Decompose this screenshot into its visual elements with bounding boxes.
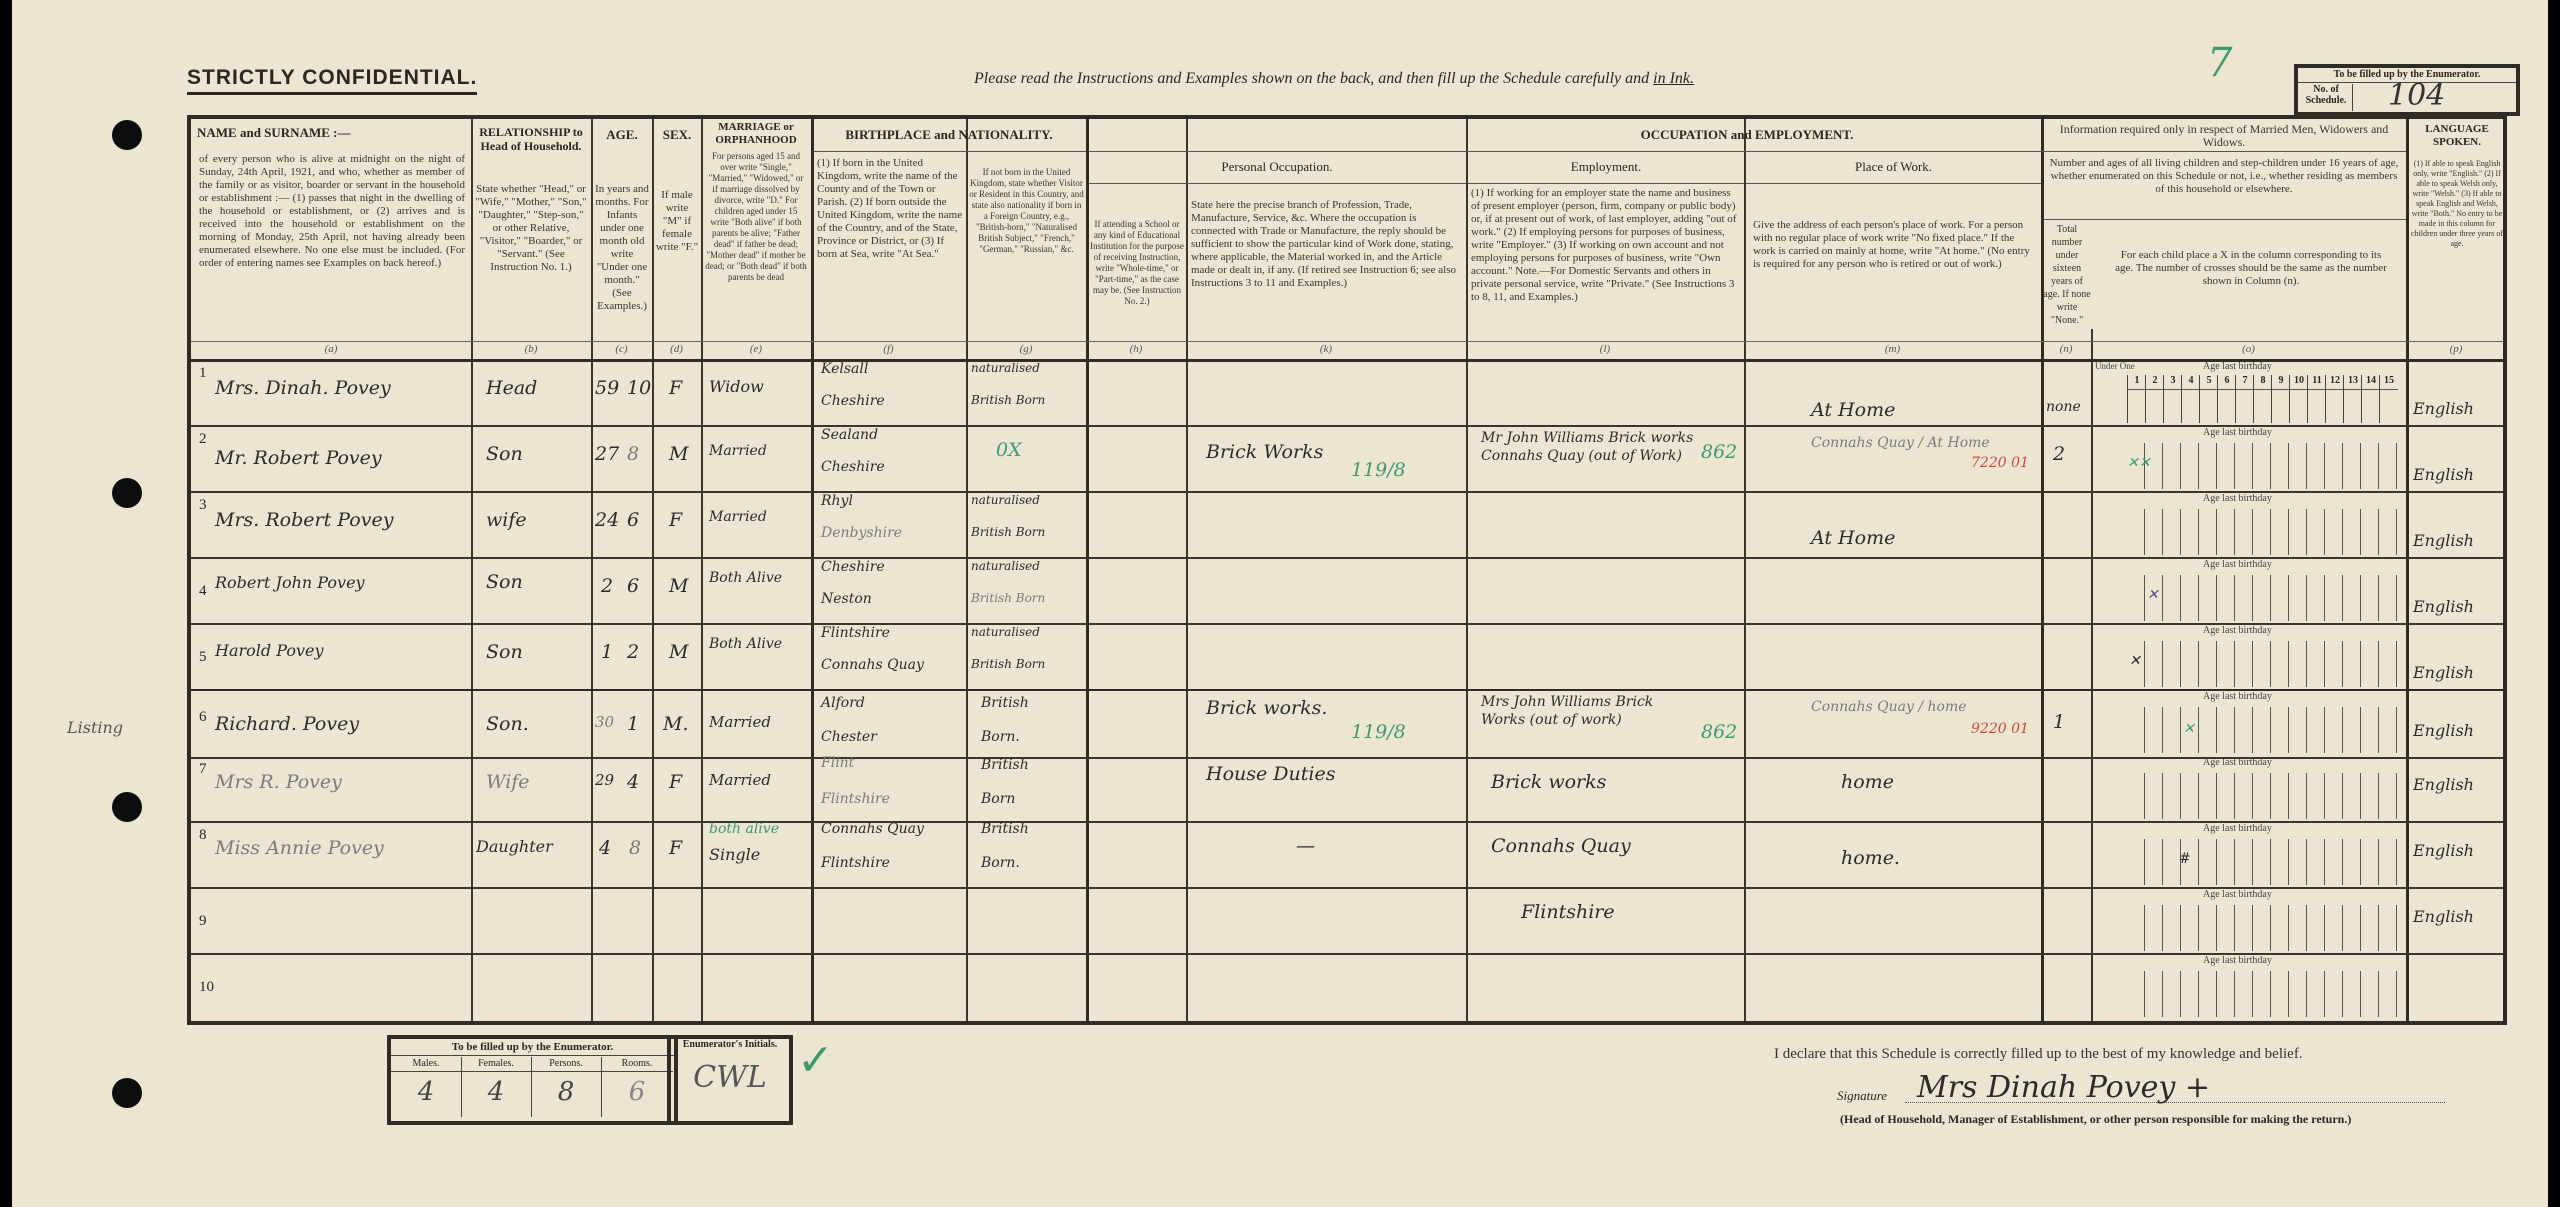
language: English bbox=[2413, 841, 2474, 860]
age-years: 4 bbox=[599, 837, 611, 859]
row-number: 7 bbox=[199, 761, 207, 778]
column-letter-n: (n) bbox=[2041, 343, 2091, 355]
age-years: 27 bbox=[595, 443, 619, 465]
person-name: Richard. Povey bbox=[215, 713, 359, 735]
row-number: 5 bbox=[199, 649, 207, 666]
age-years: 1 bbox=[601, 641, 613, 663]
declaration-text: I declare that this Schedule is correctl… bbox=[1774, 1046, 2303, 1063]
relationship: Son bbox=[486, 443, 523, 465]
females-count: 4 bbox=[461, 1072, 531, 1112]
age-grid: Age last birthday# bbox=[2093, 823, 2405, 885]
instruction-text: Please read the Instructions and Example… bbox=[974, 70, 1649, 87]
occupation: — bbox=[1296, 835, 1315, 857]
age-months: 1 bbox=[627, 713, 639, 735]
column-letter-c: (c) bbox=[591, 343, 652, 355]
person-name: Mrs R. Povey bbox=[215, 771, 342, 793]
header-personal-occupation: Personal Occupation. bbox=[1088, 159, 1466, 175]
age-13: 13 bbox=[2344, 375, 2362, 390]
census-schedule-page: STRICTLY CONFIDENTIAL. Please read the I… bbox=[12, 0, 2548, 1207]
occupation: Brick Works bbox=[1206, 441, 1323, 463]
language: English bbox=[2413, 775, 2474, 794]
age-grid-caption: Age last birthday bbox=[2203, 493, 2272, 504]
age-months: 8 bbox=[627, 443, 639, 465]
nationality: naturalised bbox=[971, 493, 1040, 507]
sex: M. bbox=[663, 713, 689, 735]
age-grid-caption: Age last birthday bbox=[2203, 757, 2272, 768]
rule bbox=[2043, 219, 2406, 220]
males-label: Males. bbox=[391, 1057, 461, 1072]
header-relationship-title: RELATIONSHIP to Head of Household. bbox=[473, 125, 589, 153]
nationality: British bbox=[981, 821, 1029, 837]
employer: Mrs John Williams Brick Works (out of wo… bbox=[1481, 693, 1701, 729]
sex: M bbox=[669, 443, 688, 465]
age-8: 8 bbox=[2254, 375, 2272, 390]
relationship: Head bbox=[486, 377, 537, 399]
age-2: 2 bbox=[2146, 375, 2164, 390]
column-letter-k: (k) bbox=[1186, 343, 1466, 355]
language: English bbox=[2413, 907, 2474, 926]
age-grid-under-one: Under One bbox=[2095, 361, 2135, 371]
birthplace-county: Flintshire bbox=[821, 855, 890, 871]
child-cross-mark: ✕ bbox=[2147, 587, 2159, 603]
age-4: 4 bbox=[2182, 375, 2200, 390]
header-sex-body: If male write "M" if female write "F." bbox=[655, 189, 699, 254]
header-children-sub: Number and ages of all living children a… bbox=[2047, 157, 2401, 196]
signature-value: Mrs Dinah Povey + bbox=[1917, 1070, 2210, 1105]
age-5: 5 bbox=[2200, 375, 2218, 390]
rule bbox=[2043, 151, 2406, 152]
row-number: 6 bbox=[199, 709, 207, 726]
males-count: 4 bbox=[391, 1072, 461, 1112]
birthplace-town: Flintshire bbox=[821, 625, 890, 641]
age-grid-caption: Age last birthday bbox=[2203, 889, 2272, 900]
column-letter-a: (a) bbox=[191, 343, 471, 355]
nationality: naturalised bbox=[971, 361, 1040, 375]
header-language-body: (1) If able to speak English only, write… bbox=[2409, 159, 2505, 249]
header-children-title: Information required only in respect of … bbox=[2045, 123, 2403, 149]
occupation: Brick works. bbox=[1206, 697, 1327, 719]
header-language-title: LANGUAGE SPOKEN. bbox=[2408, 123, 2506, 149]
header-child-ages-body: For each child place a X in the column c… bbox=[2111, 249, 2391, 288]
language: English bbox=[2413, 465, 2474, 484]
punch-hole bbox=[112, 1078, 142, 1108]
instruction-emphasis: in Ink. bbox=[1653, 70, 1694, 87]
punch-hole bbox=[112, 792, 142, 822]
header-birthplace-body: (1) If born in the United Kingdom, write… bbox=[817, 157, 963, 261]
age-10: 10 bbox=[2290, 375, 2308, 390]
birthplace-town: Kelsall bbox=[821, 361, 868, 377]
age-grid-caption: Age last birthday bbox=[2203, 823, 2272, 834]
header-age-title: AGE. bbox=[593, 127, 651, 143]
header-school-body: If attending a School or any kind of Edu… bbox=[1089, 219, 1185, 307]
initials-value: CWL bbox=[671, 1060, 789, 1095]
header-birthplace-title: BIRTHPLACE and NATIONALITY. bbox=[813, 127, 1085, 143]
header-name-body: of every person who is alive at midnight… bbox=[199, 153, 465, 270]
employment-code: 862 bbox=[1701, 441, 1737, 463]
header-place-of-work-title: Place of Work. bbox=[1746, 159, 2041, 175]
children-total: 2 bbox=[2053, 443, 2065, 465]
row-number: 1 bbox=[199, 365, 207, 382]
occupation: House Duties bbox=[1206, 759, 1366, 789]
rooms-count: 6 bbox=[601, 1072, 673, 1112]
header-nationality-body: If not born in the United Kingdom, state… bbox=[969, 167, 1084, 255]
relationship: Daughter bbox=[476, 837, 553, 856]
row-number: 8 bbox=[199, 827, 207, 844]
age-months: 6 bbox=[627, 575, 639, 597]
person-name: Mrs. Robert Povey bbox=[215, 509, 393, 531]
schedule-number-box: To be filled up by the Enumerator. No. o… bbox=[2294, 64, 2520, 116]
age-months: 8 bbox=[629, 837, 641, 859]
nationality-code: 0X bbox=[996, 439, 1022, 461]
person-name: Robert John Povey bbox=[215, 573, 365, 592]
header-age-body: In years and months. For Infants under o… bbox=[595, 183, 649, 313]
schedule-table: NAME and SURNAME :— of every person who … bbox=[187, 115, 2507, 1025]
age-years: 59 bbox=[595, 377, 619, 399]
age-grid-caption: Age last birthday bbox=[2203, 625, 2272, 636]
signature-label: Signature bbox=[1837, 1088, 1887, 1104]
child-cross-mark: # bbox=[2179, 851, 2191, 867]
females-label: Females. bbox=[461, 1057, 531, 1072]
header-occupation-body: State here the precise branch of Profess… bbox=[1191, 199, 1463, 290]
header-marriage-body: For persons aged 15 and over write "Sing… bbox=[705, 151, 807, 283]
row-number: 4 bbox=[199, 583, 207, 600]
age-years: 30 bbox=[595, 713, 614, 731]
place-of-work: home. bbox=[1841, 847, 1900, 869]
age-months: 2 bbox=[627, 641, 639, 663]
nationality: Born. bbox=[981, 855, 1020, 871]
relationship: Son bbox=[486, 571, 523, 593]
punch-hole bbox=[112, 120, 142, 150]
age-years: 29 bbox=[595, 771, 614, 789]
marital-status: Married bbox=[709, 509, 767, 525]
header-sex-title: SEX. bbox=[654, 127, 700, 143]
enumerator-count-box: To be filled up by the Enumerator. Males… bbox=[387, 1035, 678, 1125]
green-check-icon: ✓ bbox=[797, 1035, 834, 1086]
language: English bbox=[2413, 721, 2474, 740]
age-11: 11 bbox=[2308, 375, 2326, 390]
age-grid-caption: Age last birthday bbox=[2203, 427, 2272, 438]
child-cross-mark: ✕ bbox=[2129, 653, 2141, 669]
children-total: none bbox=[2046, 399, 2081, 415]
age-grid-caption: Age last birthday bbox=[2203, 559, 2272, 570]
row-number: 10 bbox=[199, 979, 214, 996]
place-of-work: Connahs Quay / At Home bbox=[1811, 435, 1990, 451]
place-code: 9220 01 bbox=[1971, 721, 2029, 737]
marital-status: Both Alive bbox=[709, 567, 789, 589]
sex: F bbox=[669, 509, 682, 531]
place-code: 7220 01 bbox=[1971, 455, 2029, 471]
employer: Flintshire bbox=[1521, 901, 1615, 923]
sex: M bbox=[669, 641, 688, 663]
employment-code: 862 bbox=[1701, 721, 1737, 743]
age-grid-caption: Age last birthday bbox=[2203, 955, 2272, 966]
age-9: 9 bbox=[2272, 375, 2290, 390]
marital-status: Both Alive bbox=[709, 633, 789, 655]
persons-count: 8 bbox=[531, 1072, 601, 1112]
column-letter-h: (h) bbox=[1086, 343, 1186, 355]
marital-status: Married bbox=[709, 771, 771, 789]
green-tick-mark: 7 bbox=[2207, 40, 2232, 86]
sex: F bbox=[669, 837, 682, 859]
age-grid: Age last birthday✕ bbox=[2093, 691, 2405, 753]
rule bbox=[1468, 183, 1744, 184]
marital-status: Married bbox=[709, 443, 767, 459]
column-letter-g: (g) bbox=[966, 343, 1086, 355]
nationality: British Born bbox=[971, 657, 1045, 671]
schedule-number: 104 bbox=[2388, 78, 2445, 113]
header-band: NAME and SURNAME :— of every person who … bbox=[191, 119, 2503, 362]
birthplace-town: Cheshire bbox=[821, 559, 885, 575]
age-years: 2 bbox=[601, 575, 613, 597]
initials-title: Enumerator's Initials. bbox=[671, 1039, 789, 1050]
age-7: 7 bbox=[2236, 375, 2254, 390]
header-marriage-title: MARRIAGE or ORPHANHOOD bbox=[703, 121, 809, 147]
birthplace-county: Flintshire bbox=[821, 791, 890, 807]
occupation-code: 119/8 bbox=[1351, 459, 1406, 481]
nationality: naturalised bbox=[971, 559, 1040, 573]
child-cross-mark: ✕ bbox=[2183, 721, 2195, 737]
age-15: 15 bbox=[2380, 375, 2398, 390]
row-number: 9 bbox=[199, 913, 207, 930]
age-grid-caption: Age last birthday bbox=[2203, 361, 2272, 372]
header-employment-title: Employment. bbox=[1468, 159, 1744, 175]
signature-note: (Head of Household, Manager of Establish… bbox=[1840, 1112, 2351, 1127]
language: English bbox=[2413, 399, 2474, 418]
age-grid: Age last birthday✕ bbox=[2093, 559, 2405, 621]
header-relationship-body: State whether "Head," or "Wife," "Mother… bbox=[475, 183, 587, 274]
marital-status: Widow bbox=[709, 377, 764, 396]
instruction-line: Please read the Instructions and Example… bbox=[974, 70, 1694, 88]
column-letter-e: (e) bbox=[701, 343, 811, 355]
document-title: STRICTLY CONFIDENTIAL. bbox=[187, 66, 477, 95]
rule bbox=[1088, 183, 1466, 184]
header-name-title: NAME and SURNAME :— bbox=[197, 125, 467, 141]
column-letter-l: (l) bbox=[1466, 343, 1744, 355]
age-years: 24 bbox=[595, 509, 619, 531]
birthplace-town: Connahs Quay bbox=[821, 821, 924, 837]
rule bbox=[1746, 183, 2041, 184]
age-14: 14 bbox=[2362, 375, 2380, 390]
header-place-of-work-body: Give the address of each person's place … bbox=[1753, 219, 2037, 271]
rule bbox=[813, 151, 1086, 152]
row-number: 2 bbox=[199, 431, 207, 448]
place-of-work: At Home bbox=[1811, 527, 1895, 549]
marital-status: Married bbox=[709, 713, 771, 731]
column-letter-f: (f) bbox=[811, 343, 966, 355]
age-3: 3 bbox=[2164, 375, 2182, 390]
place-of-work: Connahs Quay / home bbox=[1811, 699, 1967, 715]
birthplace-county: Denbyshire bbox=[821, 525, 902, 541]
age-grid: Under One Age last birthday 1 2 3 4 5 6 … bbox=[2093, 361, 2405, 423]
person-name: Miss Annie Povey bbox=[215, 837, 384, 859]
nationality: Born bbox=[981, 791, 1015, 807]
punch-hole bbox=[112, 478, 142, 508]
sex: M bbox=[669, 575, 688, 597]
relationship: wife bbox=[486, 509, 527, 531]
age-months: 4 bbox=[627, 771, 639, 793]
relationship: Son bbox=[486, 641, 523, 663]
schedule-box-label: No. of Schedule. bbox=[2300, 84, 2353, 111]
nationality: British Born bbox=[971, 525, 1045, 539]
sex: F bbox=[669, 377, 682, 399]
age-months: 6 bbox=[627, 509, 639, 531]
age-grid-caption: Age last birthday bbox=[2203, 691, 2272, 702]
nationality: naturalised bbox=[971, 625, 1040, 639]
place-of-work: home bbox=[1841, 771, 1894, 793]
column-letter-b: (b) bbox=[471, 343, 591, 355]
language: English bbox=[2413, 531, 2474, 550]
rooms-label: Rooms. bbox=[601, 1057, 673, 1072]
person-name: Harold Povey bbox=[215, 641, 324, 660]
age-grid: Age last birthday bbox=[2093, 889, 2405, 951]
place-of-work: At Home bbox=[1811, 399, 1895, 421]
nationality: Born. bbox=[981, 729, 1020, 745]
birthplace-county: Connahs Quay bbox=[821, 657, 924, 673]
nationality: British Born bbox=[971, 591, 1045, 605]
children-total: 1 bbox=[2053, 711, 2065, 733]
employer: Mr John Williams Brick works Connahs Qua… bbox=[1481, 429, 1701, 465]
header-employment-body: (1) If working for an employer state the… bbox=[1471, 187, 1741, 304]
column-letter-d: (d) bbox=[652, 343, 701, 355]
enumerator-box-title: To be filled up by the Enumerator. bbox=[391, 1039, 674, 1056]
birthplace-town: Flint bbox=[821, 755, 854, 771]
marriage-annotation: both alive bbox=[709, 821, 779, 837]
employer: Connahs Quay bbox=[1491, 835, 1631, 857]
birthplace-county: Neston bbox=[821, 591, 872, 607]
birthplace-town: Sealand bbox=[821, 427, 878, 443]
employer: Brick works bbox=[1491, 771, 1606, 793]
sex: F bbox=[669, 771, 682, 793]
column-letter-o: (o) bbox=[2091, 343, 2406, 355]
row-number: 3 bbox=[199, 497, 207, 514]
age-grid: Age last birthday✕ bbox=[2093, 625, 2405, 687]
marital-status: Single bbox=[709, 845, 760, 864]
margin-annotation: Listing bbox=[67, 718, 123, 737]
person-name: Mr. Robert Povey bbox=[215, 447, 382, 469]
birthplace-county: Chester bbox=[821, 729, 877, 745]
birthplace-county: Cheshire bbox=[821, 459, 885, 475]
persons-label: Persons. bbox=[531, 1057, 601, 1072]
birthplace-county: Cheshire bbox=[821, 393, 885, 409]
nationality: British Born bbox=[971, 393, 1045, 407]
age-grid: Age last birthday bbox=[2093, 757, 2405, 819]
age-6: 6 bbox=[2218, 375, 2236, 390]
relationship: Son. bbox=[486, 713, 529, 735]
header-total-children-body: Total number under sixteen years of age.… bbox=[2043, 223, 2091, 327]
age-12: 12 bbox=[2326, 375, 2344, 390]
age-1: 1 bbox=[2128, 375, 2146, 390]
column-letter-m: (m) bbox=[1744, 343, 2041, 355]
person-name: Mrs. Dinah. Povey bbox=[215, 377, 391, 399]
age-months: 10 bbox=[627, 377, 651, 399]
occupation-code: 119/8 bbox=[1351, 721, 1406, 743]
birthplace-town: Alford bbox=[821, 695, 865, 711]
age-grid: Age last birthday bbox=[2093, 955, 2405, 1017]
age-grid: Age last birthday✕✕ bbox=[2093, 427, 2405, 489]
language: English bbox=[2413, 663, 2474, 682]
column-letter-p: (p) bbox=[2406, 343, 2506, 355]
enumerator-initials-box: Enumerator's Initials. CWL bbox=[667, 1035, 793, 1125]
nationality: British bbox=[981, 695, 1029, 711]
child-cross-mark: ✕✕ bbox=[2127, 455, 2150, 471]
language: English bbox=[2413, 597, 2474, 616]
nationality: British bbox=[981, 757, 1029, 773]
birthplace-town: Rhyl bbox=[821, 493, 853, 509]
age-grid: Age last birthday bbox=[2093, 493, 2405, 555]
relationship: Wife bbox=[486, 771, 530, 793]
